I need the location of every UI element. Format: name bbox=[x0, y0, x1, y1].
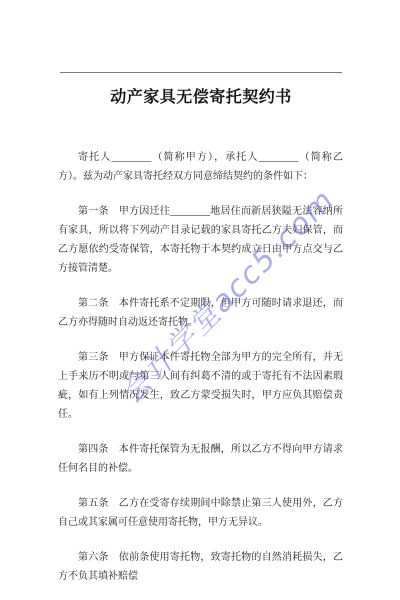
contract-clause-5: 第五条 乙方在受寄存续期间中除禁止第三人使用外，乙方自己或其家属可任意使用寄托物… bbox=[58, 494, 343, 532]
header-divider bbox=[60, 72, 342, 73]
page-title: 动产家具无偿寄托契约书 bbox=[58, 84, 344, 107]
contract-clause-1: 第一条 甲方因迁往________地居住而新居狭隘无法容纳所有家具，所以将下列动… bbox=[58, 202, 343, 278]
contract-clause-2: 第二条 本件寄托系不定期限，但甲方可随时请求退还，而乙方亦得随时自动返还寄托物。 bbox=[58, 294, 343, 332]
contract-preamble: 寄托人________（简称甲方），承托人________（简称乙方）。兹为动产… bbox=[58, 148, 343, 186]
contract-page: 动产家具无偿寄托契约书 寄托人________（简称甲方），承托人_______… bbox=[0, 0, 400, 600]
contract-clause-3: 第三条 甲方保证本件寄托物全部为甲方的完全所有，并无上手来历不明或与第三人间有纠… bbox=[58, 348, 343, 424]
contract-clause-4: 第四条 本件寄托保管为无报酬，所以乙方不得向甲方请求任何名目的补偿。 bbox=[58, 440, 343, 478]
contract-body: 寄托人________（简称甲方），承托人________（简称乙方）。兹为动产… bbox=[58, 148, 343, 600]
contract-clause-6: 第六条 依前条使用寄托物，致寄托物的自然消耗损失，乙方不负其填补赔偿 bbox=[58, 548, 343, 586]
